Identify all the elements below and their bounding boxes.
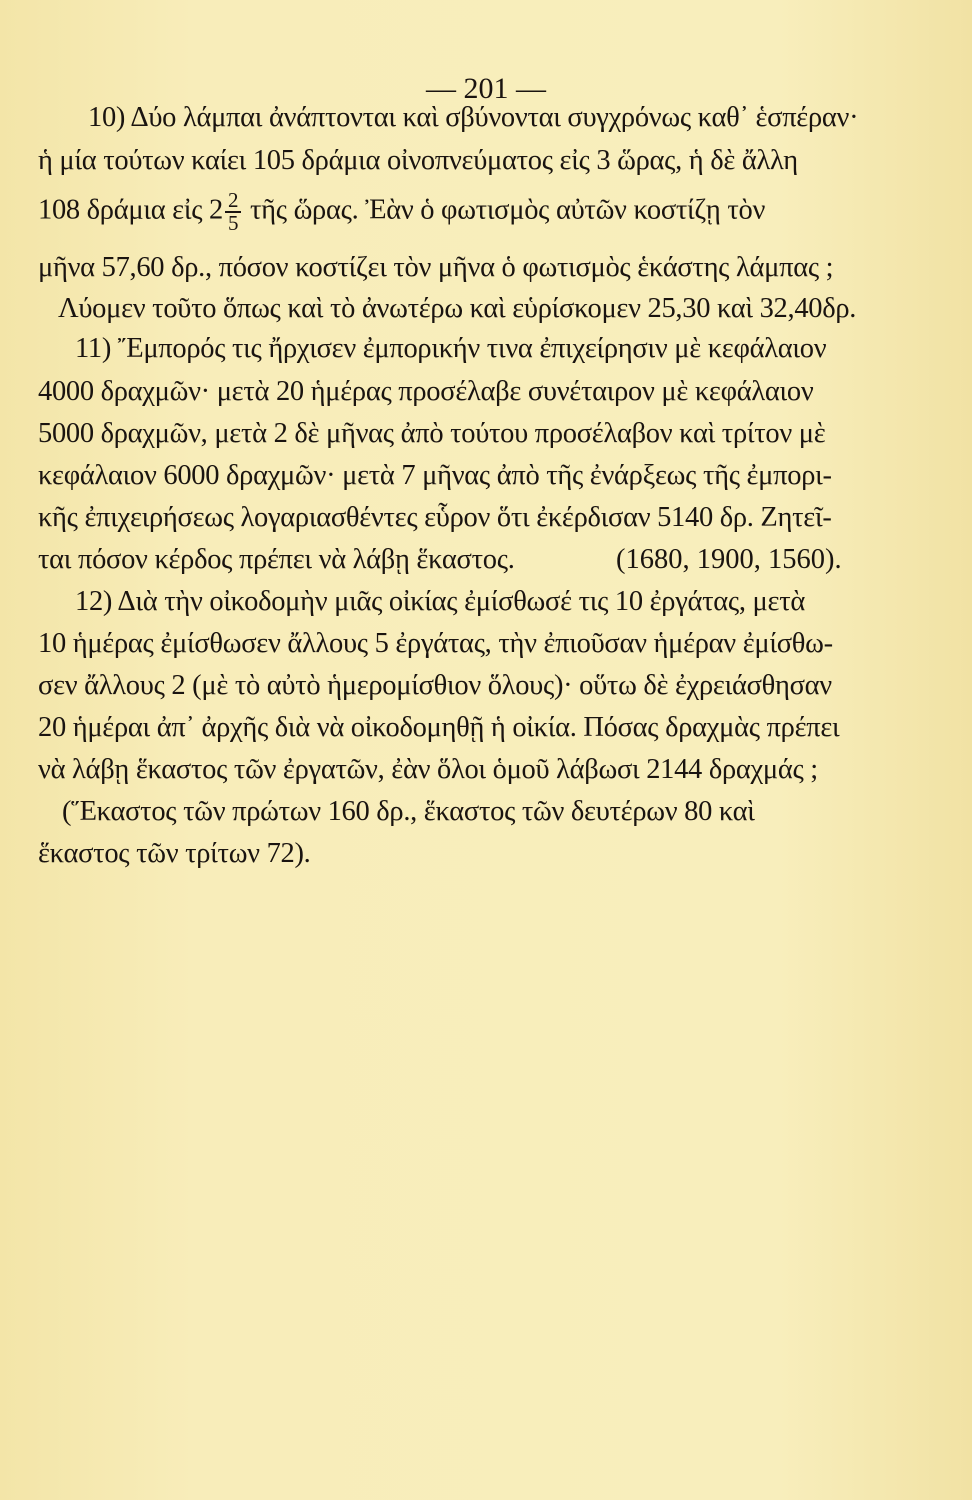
lower-section	[0, 0, 972, 1500]
